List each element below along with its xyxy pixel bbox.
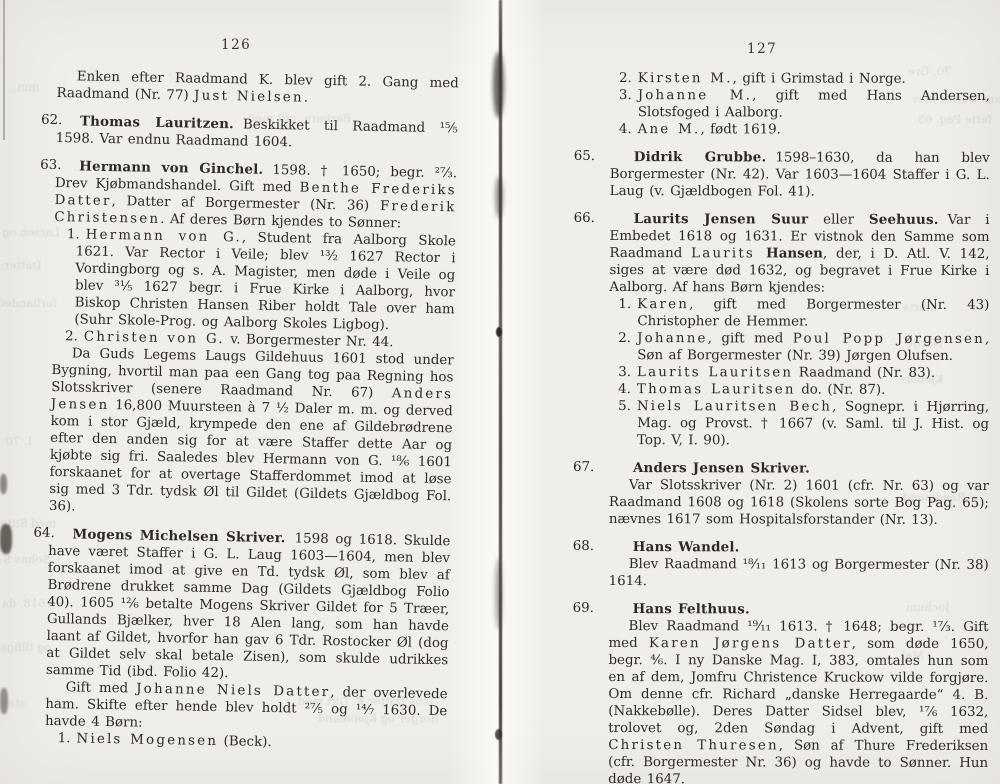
entry-paragraph: Da Guds Legems Laugs Gildehuus 1601 stod… <box>49 345 454 522</box>
entry-66: 66. Laurits Jensen Suur eller Seehuus.Va… <box>609 211 990 450</box>
entry-65: 65. Didrik Grubbe.1598–1630, da han blev… <box>610 149 990 201</box>
entry-number: 67. <box>573 460 594 475</box>
continuation-paragraph: Enken efter Raadmand K. blev gift 2. Gan… <box>56 68 459 109</box>
edge-smudge <box>0 474 7 494</box>
entry-number: 62. <box>41 113 63 128</box>
bleedthrough-text: 1618, da <box>2 596 53 610</box>
entry-title: Hans Wandel. <box>633 539 740 555</box>
binding-shadow-knot <box>495 558 502 630</box>
entry-body: Blev Raadmand ¹⁹⁄₁₁ 1613. † 1648; begr. … <box>608 618 988 784</box>
child-text: Laurits Lauritsen Raadmand (Nr. 83). <box>637 365 935 381</box>
child-number: 4. <box>618 382 631 397</box>
entry-paragraph: Hermann von Ginchel.1598. † 1650; begr. … <box>54 158 457 233</box>
child-text: Niels Lauritsen Bech, Sognepr. i Hjørrin… <box>637 399 989 448</box>
bleedthrough-text: I. 70. <box>2 434 32 448</box>
entry-title: Hermann von Ginchel. <box>79 158 263 177</box>
entry-title-line: Hans Wandel. <box>609 539 989 557</box>
child-text: Hermann von G., Student fra Aalborg Skol… <box>74 228 456 334</box>
child-number: 4. <box>619 122 632 137</box>
entry-64: 64. Mogens Michelsen Skriver.1598 og 161… <box>45 526 451 754</box>
child-number: 2. <box>619 71 632 86</box>
bleedthrough-text: Larsen og <box>2 225 60 239</box>
entry-paragraph: Gift med Johanne Niels Datter, der overl… <box>45 679 448 737</box>
child-item: 4.Ane M., født 1619. <box>610 121 990 139</box>
entry-paragraph: Thomas Lauritzen.Beskikket til Raadmand … <box>56 113 459 154</box>
child-text: Johanne M., gift med Hans Andersen, Slot… <box>638 88 990 120</box>
bleedthrough-text: forliandet <box>0 296 57 310</box>
entry-body: 1598 og 1618. Skulde have været Staffer … <box>46 531 451 681</box>
entry-paragraph: Didrik Grubbe.1598–1630, da han blev Bor… <box>610 149 990 201</box>
entry-body: Var Slotsskriver (Nr. 2) 1601 (cfr. Nr. … <box>609 477 989 529</box>
entry-number: 69. <box>573 601 594 616</box>
child-item: 1.Karen, gift med Borgermester (Nr. 43) … <box>609 296 989 331</box>
left-page-text-column: Enken efter Raadmand K. blev gift 2. Gan… <box>45 68 459 754</box>
entry-title: Laurits Jensen Suur eller Seehuus. <box>634 211 939 228</box>
child-number: 2. <box>618 331 631 346</box>
child-number: 5. <box>618 399 631 414</box>
child-text: Karen, gift med Borgermester (Nr. 43) Ch… <box>637 297 989 329</box>
entry-number: 63. <box>40 158 62 173</box>
entry-63: 63. Hermann von Ginchel.1598. † 1650; be… <box>49 158 457 522</box>
child-number: 3. <box>618 365 631 380</box>
page-number-right: 127 <box>747 41 777 57</box>
entry-title: Thomas Lauritzen. <box>80 113 234 132</box>
bleedthrough-text: ster, <box>0 696 25 710</box>
entry-paragraph: Mogens Michelsen Skriver.1598 og 1618. S… <box>46 526 451 686</box>
entry-number: 64. <box>33 526 55 541</box>
binding-shadow-knot <box>495 176 503 218</box>
child-item: 1.Hermann von G., Student fra Aalborg Sk… <box>52 226 456 335</box>
child-item: 2.Johanne, gift med Poul Popp Jørgensen,… <box>609 330 989 365</box>
binding-dark-dot <box>495 729 502 740</box>
entry-68: 68. Hans Wandel. Blev Raadmand ¹⁸⁄₁₁ 161… <box>609 539 989 591</box>
child-item: 2.Kirsten M., gift i Grimstad i Norge. <box>610 70 990 88</box>
page-number-left: 126 <box>221 37 251 53</box>
book-scan: min., Larsen og Datter: forliandet I. 70… <box>0 0 1000 784</box>
entry-title-line: Hans Felthuus. <box>609 601 989 619</box>
child-item: 5.Niels Lauritsen Bech, Sognepr. i Hjørr… <box>609 398 989 450</box>
child-number: 1. <box>618 297 631 312</box>
bleedthrough-text: Datter: <box>0 258 42 272</box>
child-item: 3.Laurits Lauritsen Raadmand (Nr. 83). <box>609 364 989 382</box>
child-number: 1. <box>58 731 71 746</box>
bleedthrough-text: Sohns S. <box>0 552 50 566</box>
child-text: Niels Mogensen (Beck). <box>76 731 271 750</box>
continued-children: 2.Kirsten M., gift i Grimstad i Norge. 3… <box>610 70 990 139</box>
entry-title: Hans Felthuus. <box>633 601 750 617</box>
child-item: 3.Johanne M., gift med Hans Andersen, Sl… <box>610 87 990 122</box>
right-page-text-column: 2.Kirsten M., gift i Grimstad i Norge. 3… <box>608 70 990 784</box>
entry-title: Anders Jensen Skriver. <box>633 460 810 476</box>
entry-number: 65. <box>574 149 595 164</box>
child-text: Thomas Lauritsen do. (Nr. 87). <box>637 382 886 398</box>
entry-title-line: Anders Jensen Skriver. <box>609 460 989 478</box>
entry-62: 62. Thomas Lauritzen.Beskikket til Raadm… <box>56 113 459 154</box>
entry-67: 67. Anders Jensen Skriver. Var Slotsskri… <box>609 460 989 529</box>
child-number: 2. <box>65 329 78 344</box>
binding-dark-dot <box>496 327 502 337</box>
binding-shadow-knot <box>493 52 504 118</box>
entry-body: Blev Raadmand ¹⁸⁄₁₁ 1613 og Borgermester… <box>609 556 989 591</box>
entry-69: 69. Hans Felthuus. Blev Raadmand ¹⁹⁄₁₁ 1… <box>608 601 988 784</box>
entry-paragraph: Laurits Jensen Suur eller Seehuus.Var i … <box>609 211 989 297</box>
page-edge-line <box>3 0 5 140</box>
entry-number: 66. <box>574 211 595 226</box>
entry-title: Didrik Grubbe. <box>634 149 767 165</box>
bleedthrough-text: og tillige <box>0 640 51 654</box>
child-text: Kirsten M., gift i Grimstad i Norge. <box>638 71 906 87</box>
child-item: 4.Thomas Lauritsen do. (Nr. 87). <box>609 381 989 399</box>
bleedthrough-text: min., <box>10 80 39 94</box>
child-text: Johanne, gift med Poul Popp Jørgensen, S… <box>637 331 989 364</box>
binding-crease <box>499 0 502 784</box>
entry-title: Mogens Michelsen Skriver. <box>72 526 285 546</box>
paper-highlight-right-of-binding <box>503 0 545 784</box>
child-number: 3. <box>619 88 632 103</box>
child-number: 1. <box>67 227 80 242</box>
child-text: Ane M., født 1619. <box>638 122 781 137</box>
entry-number: 68. <box>573 539 594 554</box>
